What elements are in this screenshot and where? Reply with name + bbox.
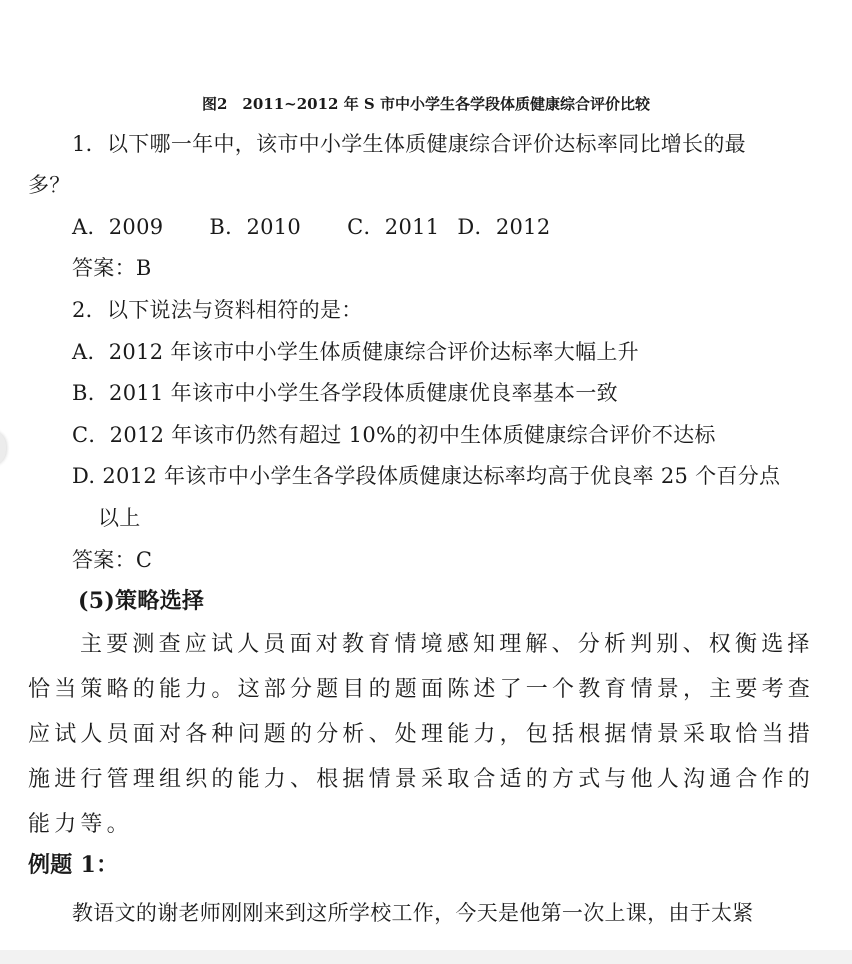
section-heading: (5)策略选择: [78, 587, 204, 615]
question-2-answer: 答案：C: [72, 546, 152, 574]
q1-option-d: D．2012: [457, 215, 550, 239]
section-paragraph-line: 施进行管理组织的能力、根据情景采取合适的方式与他人沟通合作的: [28, 766, 814, 794]
q1-option-c: C．2011: [347, 215, 439, 239]
question-2-stem: 2．以下说法与资料相符的是：: [72, 296, 363, 324]
page-bottom-bar: [0, 950, 852, 964]
document-page: 图2 2011~2012 年 S 市中小学生各学段体质健康综合评价比较 1．以下…: [0, 0, 852, 950]
question-1-stem-line2: 多？: [28, 171, 71, 199]
q1-option-a: A．2009: [72, 215, 163, 239]
section-paragraph-line: 主要测查应试人员面对教育情境感知理解、分析判别、权衡选择: [80, 631, 814, 659]
section-paragraph-line: 恰当策略的能力。这部分题目的题面陈述了一个教育情景，主要考查: [28, 676, 814, 704]
figure-caption: 图2 2011~2012 年 S 市中小学生各学段体质健康综合评价比较: [0, 92, 852, 116]
section-paragraph-line: 能力等。: [28, 811, 133, 839]
q2-option-d: D. 2012 年该市中小学生各学段体质健康达标率均高于优良率 25 个百分点: [72, 462, 780, 490]
example-heading: 例题 1：: [28, 851, 118, 879]
question-1-stem-line1: 1．以下哪一年中，该市中小学生体质健康综合评价达标率同比增长的最: [72, 130, 746, 158]
example-text-line: 教语文的谢老师刚刚来到这所学校工作，今天是他第一次上课，由于太紧: [72, 899, 754, 927]
q2-option-c: C．2012 年该市仍然有超过 10%的初中生体质健康综合评价不达标: [72, 421, 716, 449]
q2-option-a: A．2012 年该市中小学生体质健康综合评价达标率大幅上升: [72, 338, 639, 366]
question-1-options: A．2009B．2010C．2011D．2012: [72, 213, 551, 241]
q2-option-b: B．2011 年该市中小学生各学段体质健康优良率基本一致: [72, 379, 618, 407]
question-1-answer: 答案：B: [72, 254, 152, 282]
q2-option-d-continued: 以上: [98, 504, 141, 532]
q1-option-b: B．2010: [209, 215, 301, 239]
section-paragraph-line: 应试人员面对各种问题的分析、处理能力，包括根据情景采取恰当措: [28, 721, 814, 749]
